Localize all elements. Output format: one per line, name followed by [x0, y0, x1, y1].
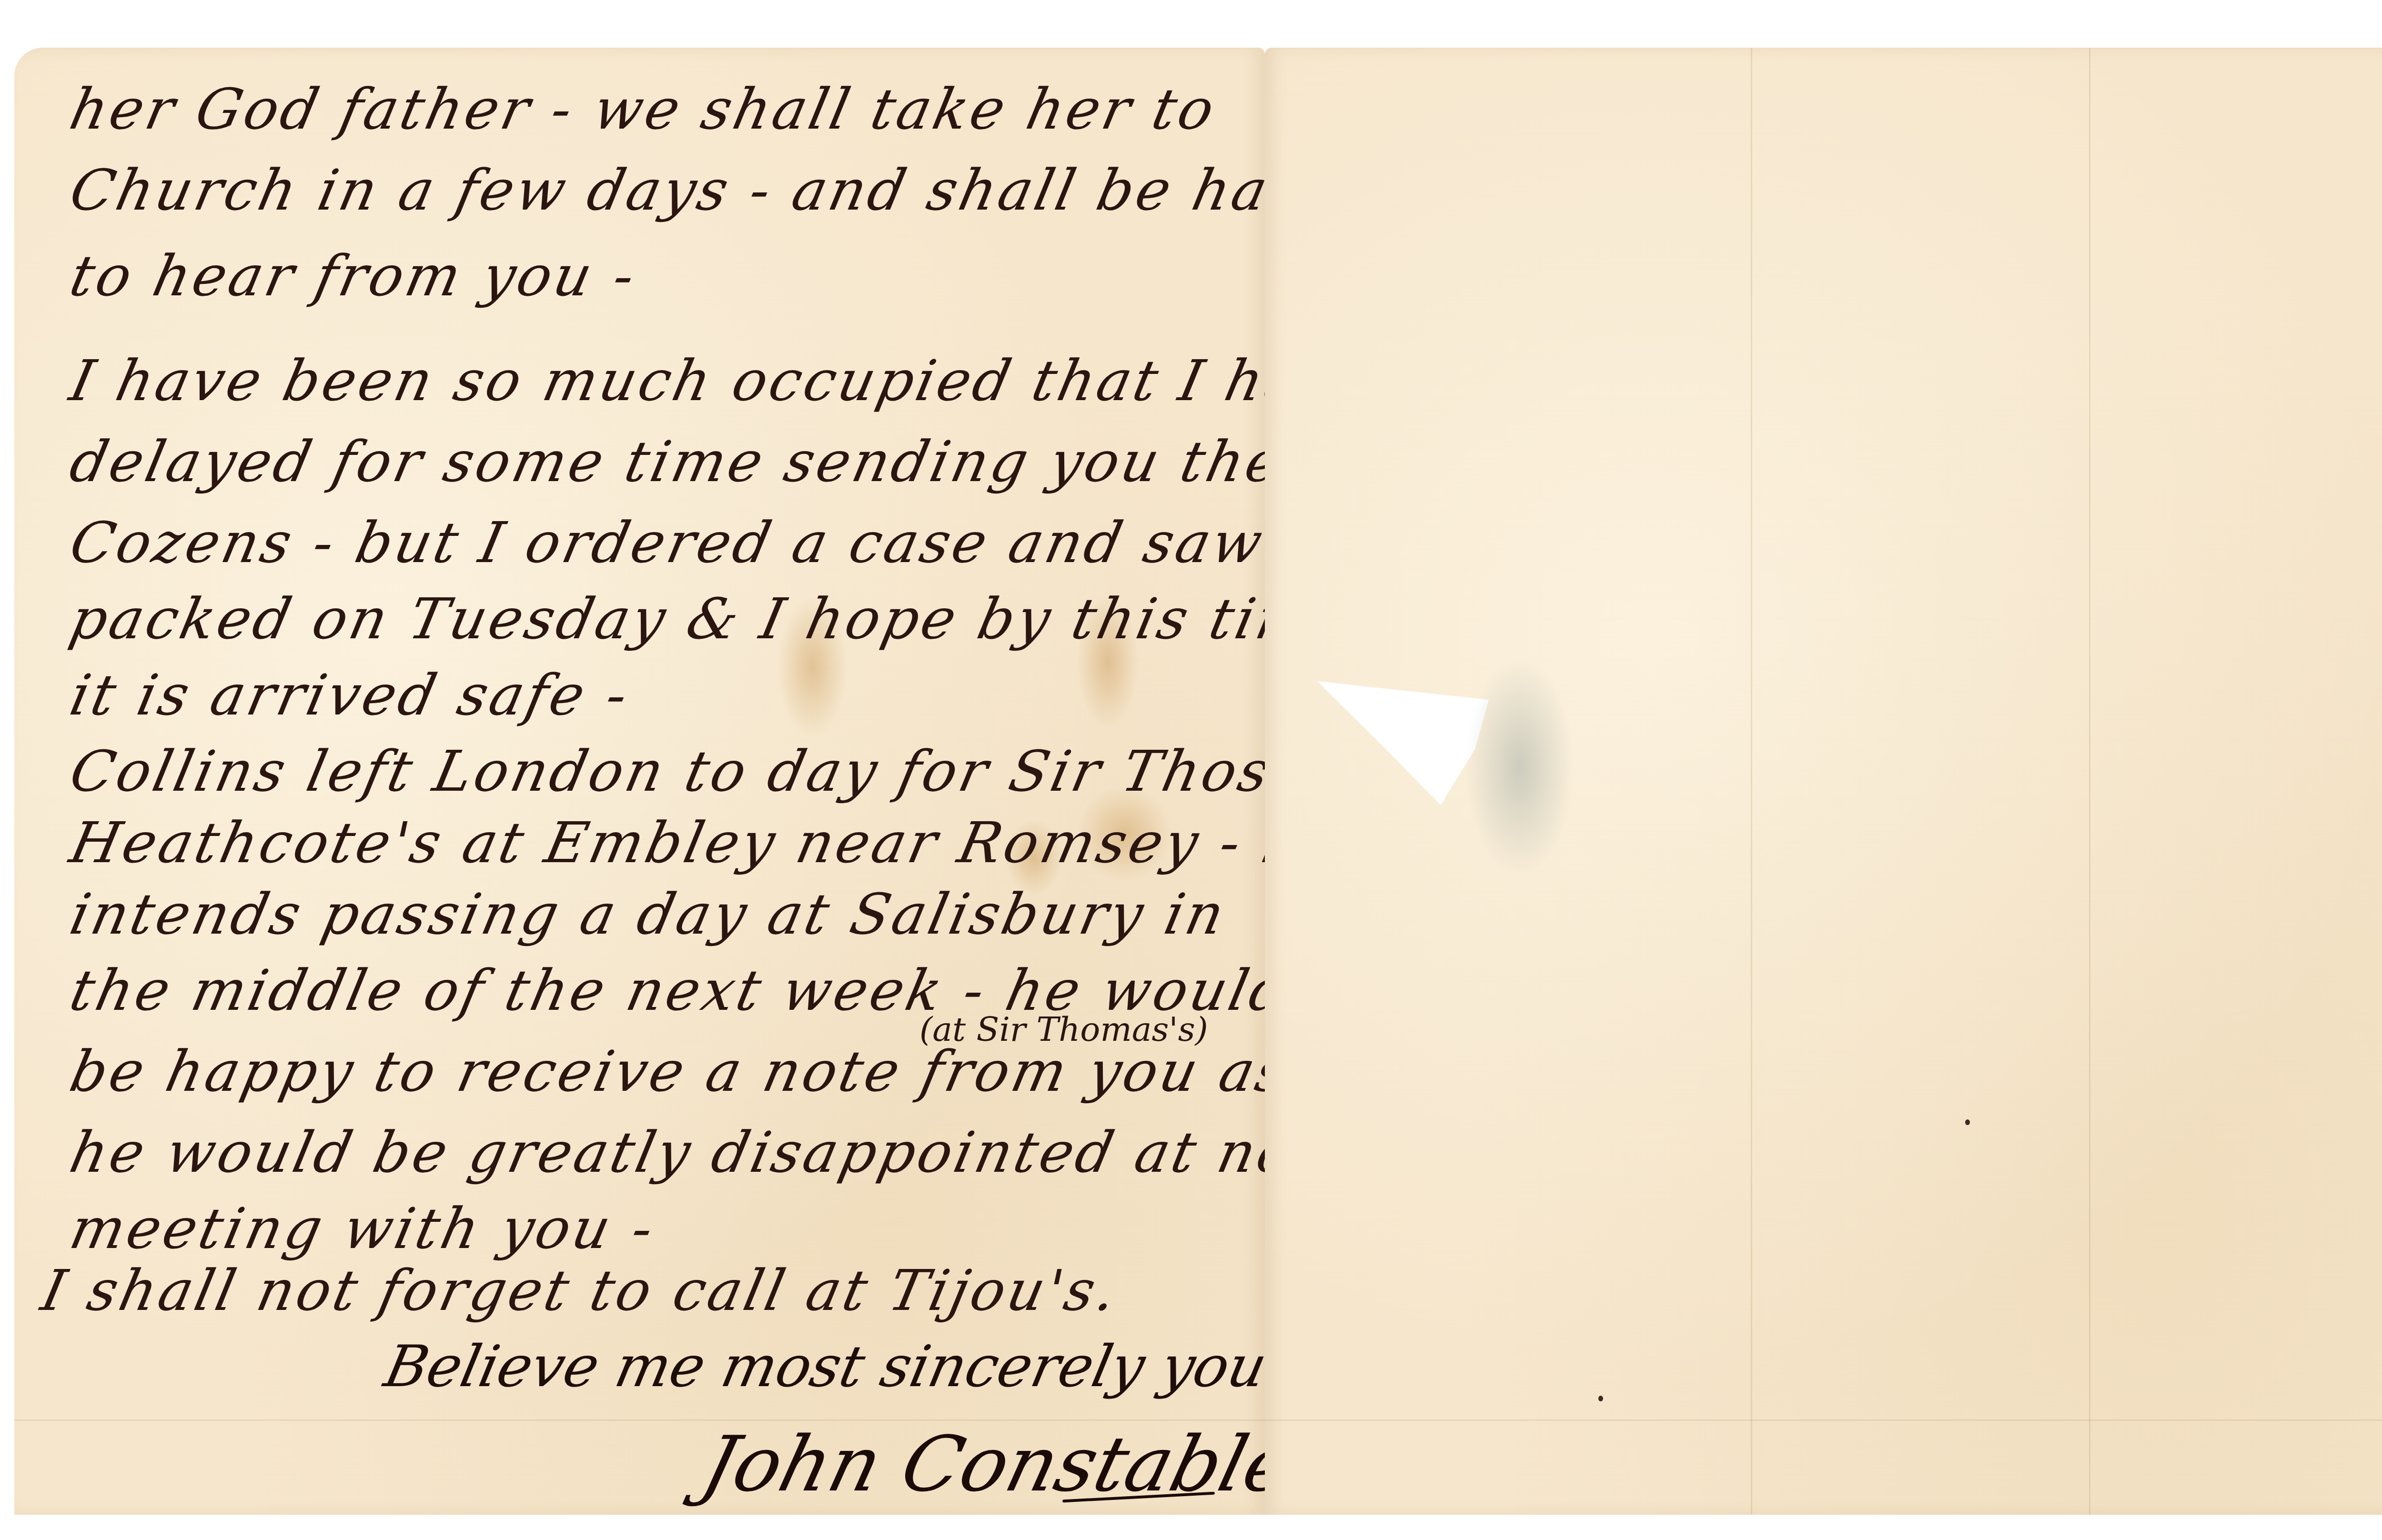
letter-line: delayed for some time sending you the [64, 429, 1289, 494]
letter-line: Collins left London to day for Sir Thos.… [64, 738, 1373, 804]
ink-speck [1598, 1396, 1603, 1401]
fold-line [1265, 1419, 2382, 1421]
letter-line: her God father - we shall take her to [64, 76, 1222, 142]
fold-line [2089, 48, 2090, 1515]
letter-line: be happy to receive a note from you as [64, 1038, 1295, 1104]
letter-line: meeting with you - [64, 1196, 662, 1261]
letter-line: I have been so much occupied that I have [64, 348, 1379, 413]
letter-line: it is arrived safe - [64, 662, 636, 728]
letter-line: Church in a few days - and shall be happ… [64, 157, 1388, 223]
letter-line: Cozens - but I ordered a case and saw it [64, 510, 1338, 575]
letter-line: to hear from you - [64, 243, 643, 309]
letter-line: he would be greatly disappointed at not [64, 1119, 1327, 1185]
letter-right-page [1265, 48, 2382, 1515]
fold-line [1751, 48, 1752, 1515]
closing-salutation: Believe me most sincerely yours [379, 1334, 1329, 1400]
paper-tear [1317, 681, 1489, 805]
letter-line: packed on Tuesday & I hope by this time [64, 586, 1356, 652]
letter-line: I shall not forget to call at Tijou's. [36, 1258, 1125, 1323]
stain [1465, 657, 1575, 876]
letter-line: intends passing a day at Salisbury in [64, 881, 1232, 947]
ink-speck [1965, 1119, 1970, 1125]
signature: John Constable [694, 1419, 1302, 1509]
letter-left-page: her God father - we shall take her to Ch… [14, 48, 1265, 1515]
letter-line: Heathcote's at Embley near Romsey - he [64, 810, 1345, 876]
